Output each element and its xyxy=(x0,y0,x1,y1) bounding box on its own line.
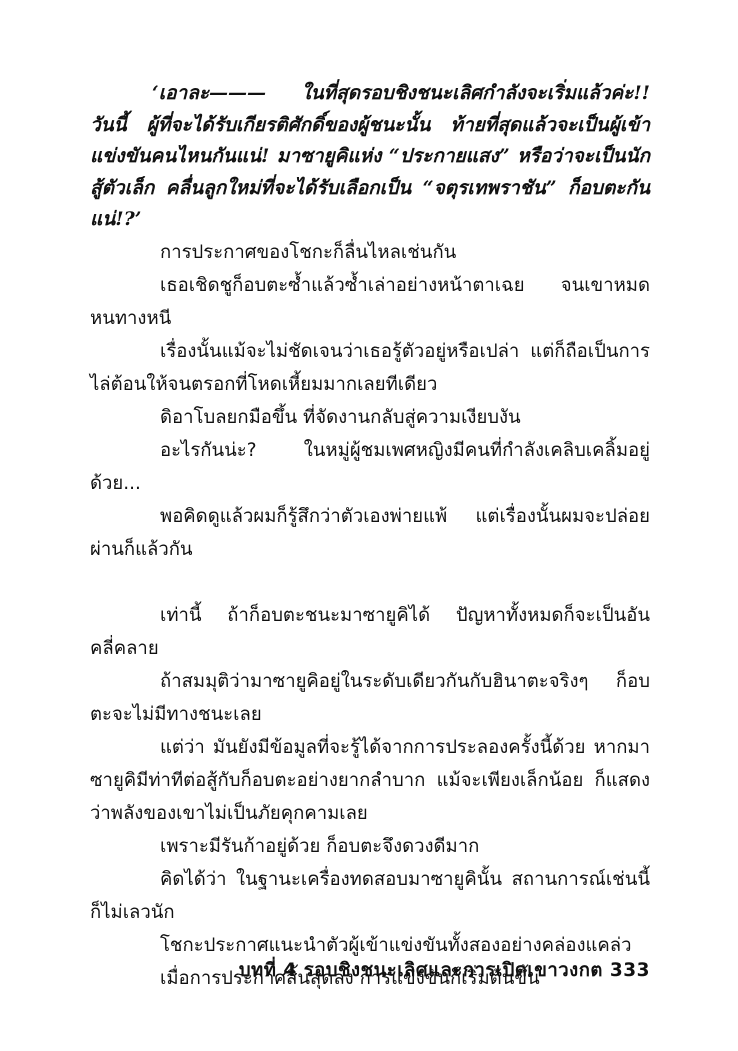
paragraph: พอคิดดูแล้วผมก็รู้สึกว่าตัวเองพ่ายแพ้ แต… xyxy=(90,500,650,566)
paragraph: เท่านี้ ถ้าก็อบตะชนะมาซายูคิได้ ปัญหาทั้… xyxy=(90,599,650,665)
paragraph: แต่ว่า มันยังมีข้อมูลที่จะรู้ได้จากการปร… xyxy=(90,731,650,830)
page-footer: บทที่ 4 รอบชิงชนะเลิศและการเปิดเขาวงกต 3… xyxy=(239,956,650,985)
announcement-quote: ‘เอาละ——— ในที่สุดรอบชิงชนะเลิศกำลังจะเร… xyxy=(90,78,650,236)
paragraph: เพราะมีรันก้าอยู่ด้วย ก็อบตะจึงดวงดีมาก xyxy=(90,830,650,863)
paragraph: ดิอาโบลยกมือขึ้น ที่จัดงานกลับสู่ความเงี… xyxy=(90,401,650,434)
paragraph: ถ้าสมมุติว่ามาซายูคิอยู่ในระดับเดียวกันก… xyxy=(90,665,650,731)
paragraph: การประกาศของโชกะก็ลื่นไหลเช่นกัน xyxy=(90,236,650,269)
paragraph: อะไรกันน่ะ? ในหมู่ผู้ชมเพศหญิงมีคนที่กำล… xyxy=(90,434,650,500)
page-number: 333 xyxy=(610,960,650,981)
paragraph: เรื่องนั้นแม้จะไม่ชัดเจนว่าเธอรู้ตัวอยู่… xyxy=(90,335,650,401)
chapter-title: บทที่ 4 รอบชิงชนะเลิศและการเปิดเขาวงกต xyxy=(239,960,603,981)
paragraph: คิดได้ว่า ในฐานะเครื่องทดสอบมาซายูคินั้น… xyxy=(90,863,650,929)
paragraph: เธอเชิดชูก็อบตะซ้ำแล้วซ้ำเล่าอย่างหน้าตา… xyxy=(90,269,650,335)
section-break xyxy=(90,566,650,599)
page-body: ‘เอาละ——— ในที่สุดรอบชิงชนะเลิศกำลังจะเร… xyxy=(90,78,650,995)
